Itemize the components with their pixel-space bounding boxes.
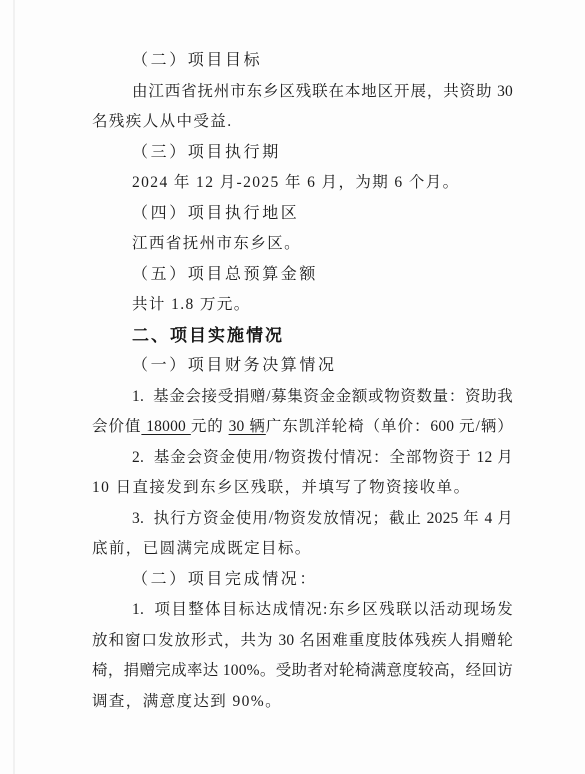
- paragraph-goal-line-1: 由江西省抚州市东乡区残联在本地区开展，共资助 30: [92, 77, 513, 108]
- paragraph-completion-line-1: 1. 项目整体目标达成情况:东乡区残联以活动现场发: [92, 595, 513, 626]
- document-page: （二）项目目标 由江西省抚州市东乡区残联在本地区开展，共资助 30 名残疾人从中…: [0, 0, 585, 774]
- text-segment: 广东凯洋轮椅（单价：600 元/辆）: [266, 418, 513, 435]
- heading-execution-region: （四）项目执行地区: [92, 199, 513, 230]
- heading-total-budget: （五）项目总预算金额: [92, 260, 513, 291]
- heading-execution-period: （三）项目执行期: [92, 138, 513, 169]
- paragraph-distribution-line-1: 3. 执行方资金使用/物资发放情况；截止 2025 年 4 月: [92, 504, 513, 535]
- paragraph-execution-region: 江西省抚州市东乡区。: [92, 229, 513, 260]
- underlined-amount-value: 18000: [141, 418, 190, 435]
- paragraph-fund-use-line-2: 10 日直接发到东乡区残联，并填写了物资接收单。: [92, 473, 513, 504]
- section-heading-implementation: 二、项目实施情况: [92, 321, 513, 352]
- heading-completion-status: （二）项目完成情况：: [92, 565, 513, 596]
- paragraph-completion-line-4: 调查，满意度达到 90%。: [92, 687, 513, 718]
- heading-financial-settlement: （一）项目财务决算情况: [92, 351, 513, 382]
- page-edge-shadow: [13, 0, 15, 774]
- heading-project-goal: （二）项目目标: [92, 46, 513, 77]
- paragraph-completion-line-3: 椅，捐赠完成率达 100%。受助者对轮椅满意度较高，经回访: [92, 656, 513, 687]
- paragraph-total-budget: 共计 1.8 万元。: [92, 290, 513, 321]
- document-text-block: （二）项目目标 由江西省抚州市东乡区残联在本地区开展，共资助 30 名残疾人从中…: [92, 46, 513, 717]
- text-segment: 元的: [191, 418, 229, 435]
- paragraph-fund-use-line-1: 2. 基金会资金使用/物资拨付情况：全部物资于 12 月: [92, 443, 513, 474]
- paragraph-donation-line-2: 会价值 18000 元的 30 辆广东凯洋轮椅（单价：600 元/辆）: [92, 412, 513, 443]
- paragraph-completion-line-2: 放和窗口发放形式，共为 30 名困难重度肢体残疾人捐赠轮: [92, 626, 513, 657]
- paragraph-donation-line-1: 1. 基金会接受捐赠/募集资金金额或物资数量：资助我: [92, 382, 513, 413]
- paragraph-goal-line-2: 名残疾人从中受益.: [92, 107, 513, 138]
- text-segment: 会价值: [92, 418, 141, 435]
- underlined-quantity-value: 30 辆: [229, 418, 266, 435]
- paragraph-execution-period: 2024 年 12 月-2025 年 6 月，为期 6 个月。: [92, 168, 513, 199]
- paragraph-distribution-line-2: 底前，已圆满完成既定目标。: [92, 534, 513, 565]
